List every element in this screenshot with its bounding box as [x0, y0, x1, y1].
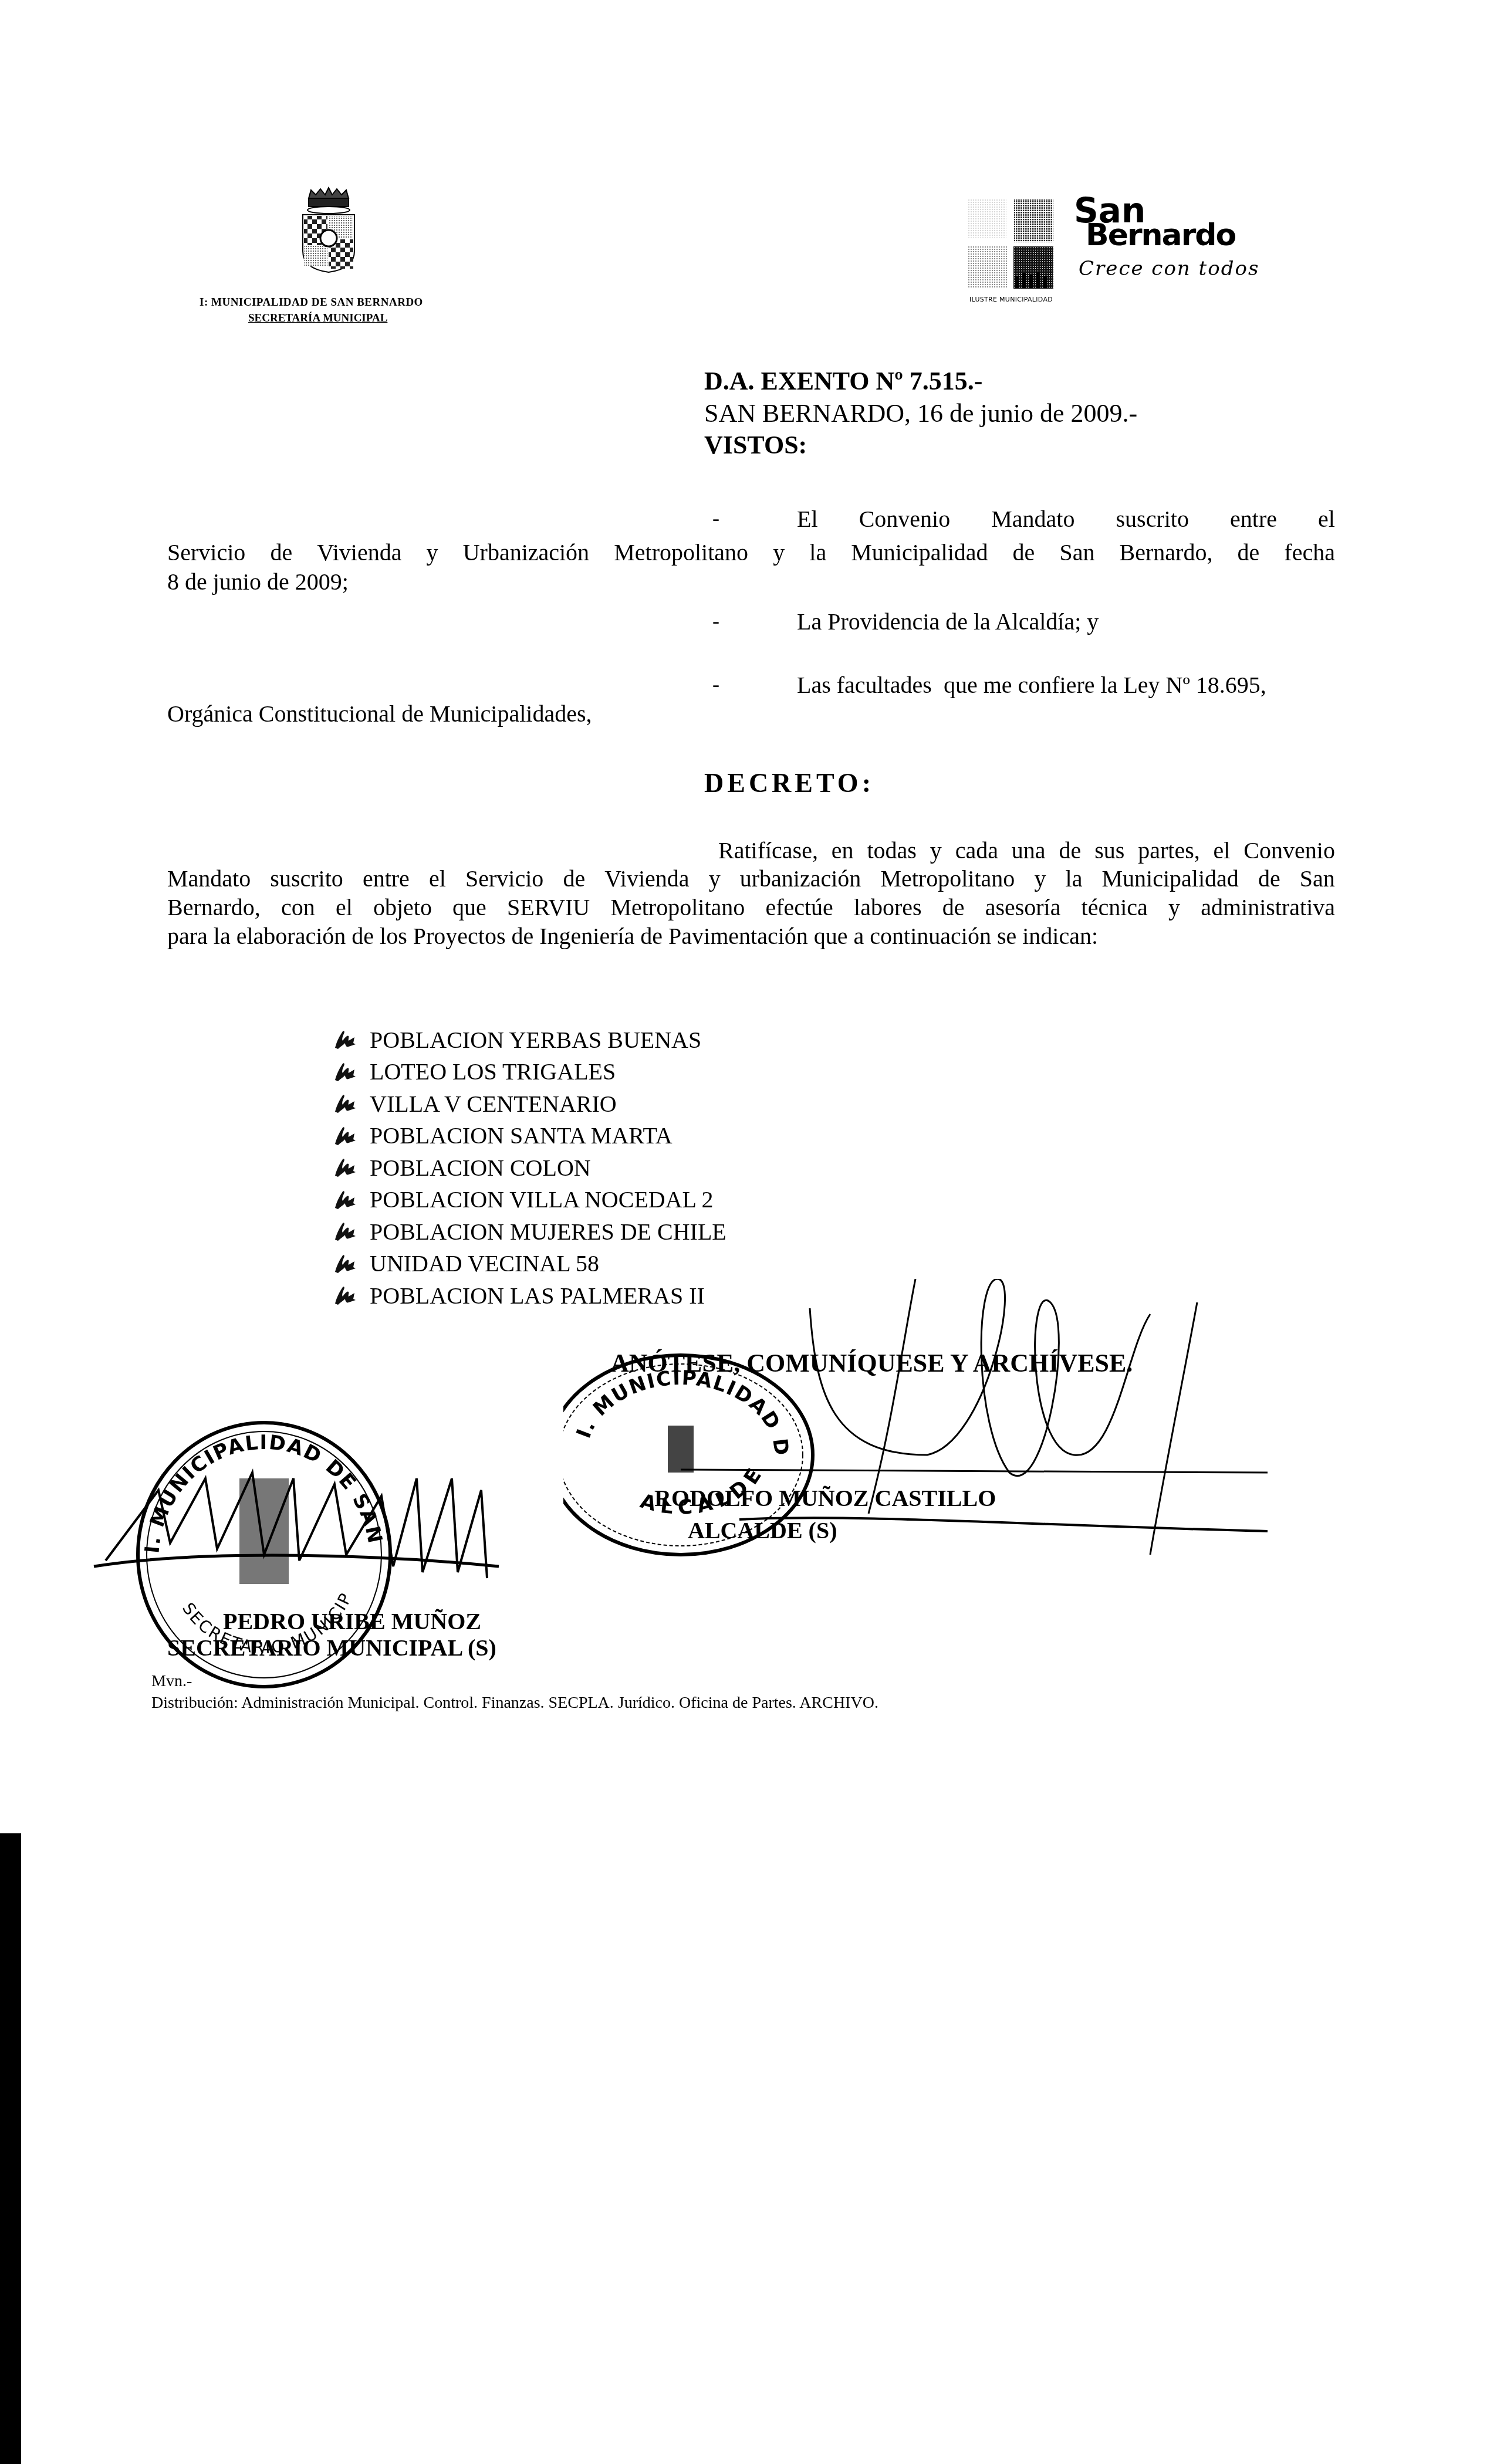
decreto-paragraph-line-2: MandatosuscritoentreelServiciodeVivienda…: [167, 867, 1335, 891]
word: sus: [1094, 839, 1124, 862]
word: Convenio: [859, 507, 951, 531]
vistos-item-1-line-2: ServiciodeViviendayUrbanizaciónMetropoli…: [167, 541, 1335, 564]
secretario-title: SECRETARIO MUNICIPAL (S): [167, 1634, 496, 1661]
word: Bernardo,: [167, 896, 261, 919]
word: suscrito: [1116, 507, 1189, 531]
vistos-item-1-line-3: 8 de junio de 2009;: [167, 570, 349, 594]
vistos-heading: VISTOS:: [704, 432, 807, 458]
word: Bernardo,: [1120, 541, 1213, 564]
distribution-list: Distribución: Administración Municipal. …: [151, 1694, 878, 1712]
word: cada: [955, 839, 998, 862]
pointing-hand-arrow-icon: [333, 1253, 357, 1274]
word: efectúe: [765, 896, 833, 919]
pointing-hand-arrow-icon: [333, 1221, 357, 1242]
word: asesoría: [985, 896, 1061, 919]
alcalde-signature-and-stamp: I. MUNICIPALIDAD DE SAN BERNARDO ALCALDE: [563, 1279, 1297, 1602]
word: en: [832, 839, 854, 862]
bullet-dash: -: [712, 673, 719, 695]
word: y: [773, 541, 785, 564]
word: técnica: [1082, 896, 1148, 919]
word: y: [427, 541, 438, 564]
project-name: POBLACION COLON: [370, 1154, 591, 1182]
word: Municipalidad: [1102, 867, 1239, 891]
word: Ratifícase,: [718, 839, 818, 862]
institution-name: I: MUNICIPALIDAD DE SAN BERNARDO: [200, 296, 423, 309]
logo-wordmark-bernardo: Bernardo: [1086, 220, 1235, 251]
word: el: [336, 896, 353, 919]
alcalde-stamp-icon: I. MUNICIPALIDAD DE SAN BERNARDO ALCALDE: [563, 1279, 813, 1555]
word: administrativa: [1201, 896, 1335, 919]
project-name: POBLACION YERBAS BUENAS: [370, 1026, 701, 1054]
logo-blocks-icon: [968, 199, 1053, 293]
word: Urbanización: [463, 541, 589, 564]
word: de: [270, 541, 292, 564]
project-name: POBLACION VILLA NOCEDAL 2: [370, 1186, 714, 1213]
list-item: POBLACION YERBAS BUENAS: [333, 1024, 726, 1056]
word: Metropolitano: [610, 896, 745, 919]
list-item: LOTEO LOS TRIGALES: [333, 1056, 726, 1088]
word: Servicio: [167, 541, 245, 564]
word: labores: [854, 896, 922, 919]
list-item: POBLACION SANTA MARTA: [333, 1120, 726, 1152]
project-name: POBLACION SANTA MARTA: [370, 1122, 673, 1149]
word: una: [1012, 839, 1046, 862]
pointing-hand-arrow-icon: [333, 1029, 357, 1050]
word: y: [930, 839, 942, 862]
word: El: [797, 507, 818, 531]
word: objeto: [373, 896, 432, 919]
word: Metropolitano: [614, 541, 748, 564]
word: Mandato: [167, 867, 251, 891]
pointing-hand-arrow-icon: [333, 1125, 357, 1146]
word: Metropolitano: [880, 867, 1015, 891]
word: SERVIU: [507, 896, 590, 919]
municipal-crest-logo: [298, 187, 359, 275]
logo-caption: ILUSTRE MUNICIPALIDAD: [969, 296, 1053, 303]
list-item: VILLA V CENTENARIO: [333, 1088, 726, 1120]
decreto-paragraph-line-1: Ratifícase,entodasycadaunadesuspartes,el…: [718, 839, 1335, 862]
decreto-heading: DECRETO:: [704, 767, 874, 798]
list-item: POBLACION COLON: [333, 1152, 726, 1184]
list-item: UNIDAD VECINAL 58: [333, 1248, 726, 1280]
word: el: [1214, 839, 1231, 862]
word: y: [1168, 896, 1180, 919]
alcalde-title: ALCALDE (S): [688, 1517, 837, 1544]
word: que: [452, 896, 486, 919]
word: Servicio: [465, 867, 543, 891]
word: entre: [1230, 507, 1277, 531]
decreto-paragraph-line-3: Bernardo,conelobjetoqueSERVIUMetropolita…: [167, 896, 1335, 919]
secretario-name: PEDRO URIBE MUÑOZ: [223, 1607, 481, 1635]
vistos-item-3: Las facultades que me confiere la Ley Nº…: [797, 673, 1266, 697]
word: y: [1034, 867, 1046, 891]
word: Municipalidad: [851, 541, 988, 564]
decree-number: D.A. EXENTO Nº 7.515.-: [704, 368, 983, 394]
word: el: [429, 867, 446, 891]
department-name: SECRETARÍA MUNICIPAL: [248, 312, 387, 325]
word: Mandato: [991, 507, 1074, 531]
pointing-hand-arrow-icon: [333, 1061, 357, 1082]
scan-edge-artifact: [0, 1833, 21, 2464]
bullet-dash: -: [712, 507, 719, 529]
word: fecha: [1284, 541, 1335, 564]
word: urbanización: [740, 867, 861, 891]
word: San: [1300, 867, 1335, 891]
word: y: [709, 867, 721, 891]
vistos-item-2: La Providencia de la Alcaldía; y: [797, 610, 1099, 634]
logo-wordmark-bernardo-text: Bernardo: [1086, 218, 1235, 253]
pointing-hand-arrow-icon: [333, 1189, 357, 1210]
coat-of-arms-icon: [298, 187, 359, 275]
word: San: [1059, 541, 1094, 564]
word: Vivienda: [317, 541, 401, 564]
bullet-dash: -: [712, 610, 719, 631]
project-name: LOTEO LOS TRIGALES: [370, 1058, 616, 1085]
typist-initials: Mvn.-: [151, 1672, 192, 1691]
vistos-item-3-continuation: Orgánica Constitucional de Municipalidad…: [167, 702, 592, 726]
pointing-hand-arrow-icon: [333, 1093, 357, 1114]
logo-tagline: Crece con todos: [1079, 257, 1259, 280]
word: de: [1059, 839, 1082, 862]
list-item: POBLACION VILLA NOCEDAL 2: [333, 1184, 726, 1216]
closing-formula: ANÓTESE, COMUNÍQUESE Y ARCHÍVESE.: [610, 1348, 1133, 1378]
decreto-paragraph-line-4: para la elaboración de los Proyectos de …: [167, 925, 1098, 948]
word: la: [809, 541, 826, 564]
word: Convenio: [1243, 839, 1335, 862]
word: el: [1318, 507, 1335, 531]
san-bernardo-logo: San Bernardo Crece con todos ILUSTRE MUN…: [968, 199, 1273, 305]
word: de: [1013, 541, 1035, 564]
project-name: POBLACION MUJERES DE CHILE: [370, 1218, 726, 1245]
pointing-hand-arrow-icon: [333, 1157, 357, 1178]
project-name: UNIDAD VECINAL 58: [370, 1250, 599, 1277]
word: de: [1237, 541, 1259, 564]
alcalde-name: RODOLFO MUÑOZ CASTILLO: [654, 1484, 996, 1512]
word: Vivienda: [604, 867, 689, 891]
vistos-item-1-line-1: ElConvenioMandatosuscritoentreel: [797, 507, 1335, 531]
word: la: [1066, 867, 1083, 891]
word: partes,: [1138, 839, 1200, 862]
word: de: [942, 896, 965, 919]
place-and-date: SAN BERNARDO, 16 de junio de 2009.-: [704, 401, 1137, 427]
word: suscrito: [270, 867, 343, 891]
list-item: POBLACION MUJERES DE CHILE: [333, 1216, 726, 1248]
word: entre: [363, 867, 410, 891]
word: de: [1258, 867, 1280, 891]
word: con: [281, 896, 315, 919]
word: todas: [867, 839, 916, 862]
word: de: [563, 867, 585, 891]
project-list: POBLACION YERBAS BUENAS LOTEO LOS TRIGAL…: [333, 1024, 726, 1312]
project-name: VILLA V CENTENARIO: [370, 1090, 617, 1118]
pointing-hand-arrow-icon: [333, 1285, 357, 1306]
